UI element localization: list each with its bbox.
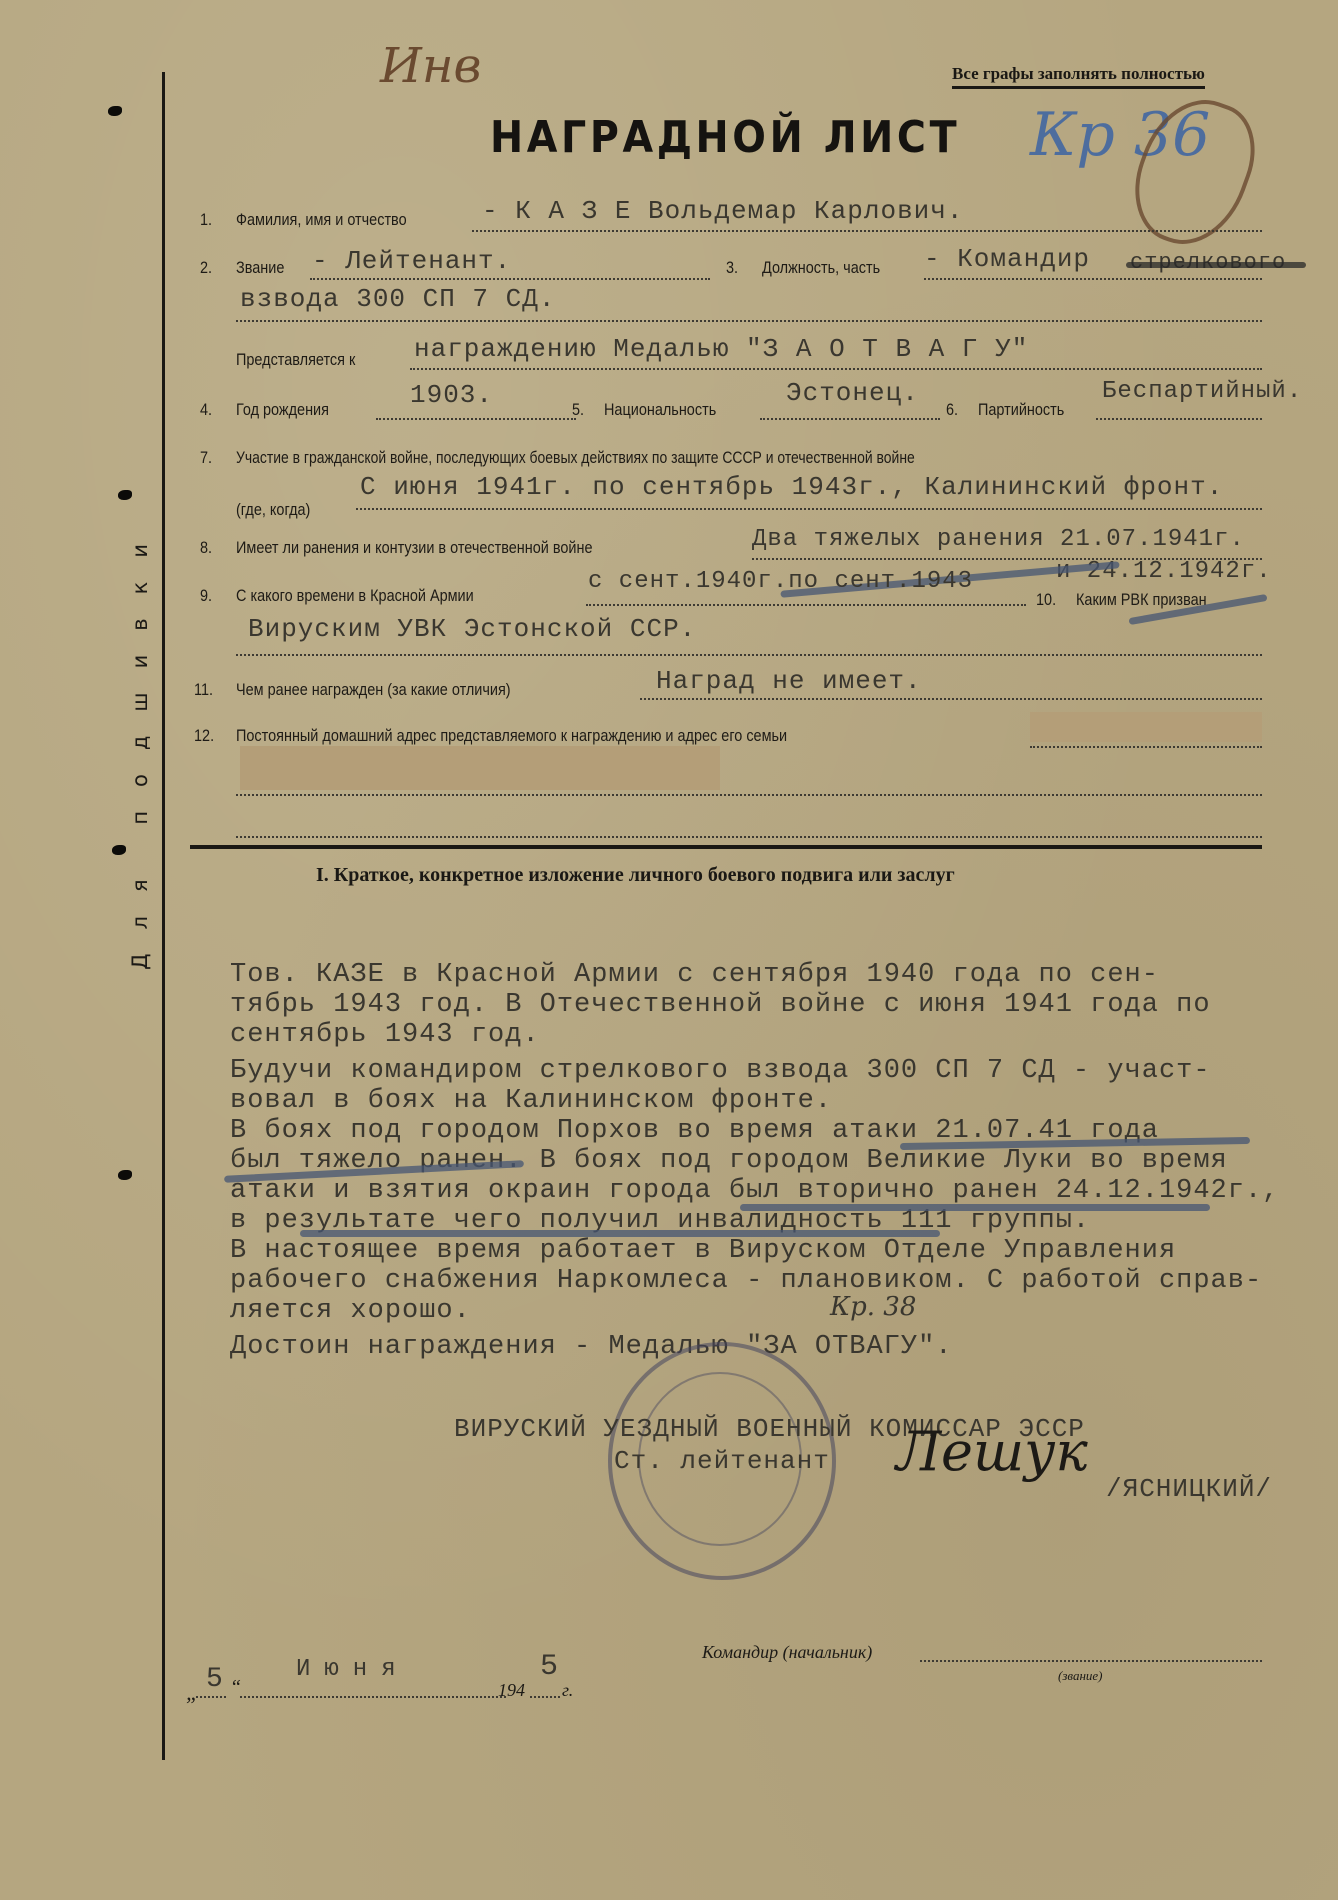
field-1-number: 1. [200, 210, 212, 230]
field-11-label: Чем ранее награжден (за какие отличия) [236, 680, 511, 700]
narrative-line: рабочего снабжения Наркомлеса - плановик… [230, 1266, 1262, 1296]
narrative-line: Достоин награждения - Медалью "ЗА ОТВАГУ… [230, 1332, 953, 1362]
field-9-label: С какого времени в Красной Армии [236, 586, 474, 606]
date-day-line [196, 1696, 226, 1698]
field-2-line [310, 278, 710, 280]
section-1-title: I. Краткое, конкретное изложение личного… [316, 864, 955, 887]
date-year-suffix: 5 [540, 1650, 559, 1684]
field-12-label: Постоянный домашний адрес представляемог… [236, 726, 787, 746]
field-4-value: 1903. [410, 380, 493, 410]
field-2-number: 2. [200, 258, 212, 278]
field-8-number: 8. [200, 538, 212, 558]
field-12-line-2 [236, 794, 1262, 796]
date-open-quote: „ [186, 1680, 198, 1706]
field-6-label: Партийность [978, 400, 1064, 420]
field-12-number: 12. [194, 726, 214, 746]
section-divider [190, 845, 1262, 849]
field-2-value: - Лейтенант. [312, 246, 511, 276]
field-5-line [760, 418, 940, 420]
field-5-value: Эстонец. [786, 378, 919, 408]
signatory-rank: Ст. лейтенант [614, 1446, 830, 1476]
field-1-line [472, 230, 1262, 232]
field-4-number: 4. [200, 400, 212, 420]
field-3-number: 3. [726, 258, 738, 278]
field-11-line [640, 698, 1262, 700]
field-12-line [1030, 746, 1262, 748]
field-8-value-continued: и 24.12.1942г. [1056, 558, 1272, 585]
punch-hole-icon [118, 1170, 132, 1180]
narrative-line: В настоящее время работает в Вируском От… [230, 1236, 1176, 1266]
narrative-line: тябрь 1943 год. В Отечественной войне с … [230, 990, 1211, 1020]
field-7-label: Участие в гражданской войне, последующих… [236, 448, 915, 468]
punch-hole-icon [108, 106, 122, 116]
field-5-number: 5. [572, 400, 584, 420]
commander-line [920, 1660, 1262, 1662]
field-7-value: С июня 1941г. по сентябрь 1943г., Калини… [360, 472, 1223, 502]
fill-all-notice: Все графы заполнять полностью [952, 64, 1205, 89]
nominated-line [410, 368, 1262, 370]
page-title: НАГРАДНОЙ ЛИСТ [490, 112, 960, 163]
field-3-value-continued: взвода 300 СП 7 СД. [240, 284, 555, 314]
redacted-address [240, 746, 720, 790]
field-11-number: 11. [194, 680, 213, 700]
field-1-label: Фамилия, имя и отчество [236, 210, 407, 230]
narrative-line: ляется хорошо. [230, 1296, 471, 1326]
field-7-line [356, 508, 1262, 510]
punch-hole-icon [118, 490, 132, 500]
field-1-value: - К А З Е Вольдемар Карлович. [482, 196, 963, 226]
field-10-value: Вируским УВК Эстонской ССР. [248, 614, 696, 644]
date-year-unit: г. [562, 1680, 573, 1701]
rank-caption: (звание) [1058, 1668, 1103, 1684]
date-month-line [240, 1696, 506, 1698]
field-4-label: Год рождения [236, 400, 329, 420]
commander-label: Командир (начальник) [702, 1642, 872, 1663]
field-6-line [1096, 418, 1262, 420]
narrative-line: Будучи командиром стрелкового взвода 300… [230, 1056, 1211, 1086]
field-3-value: - Командир [924, 244, 1090, 274]
field-9-value: с сент.1940г.по сент.1943 [588, 568, 973, 595]
narrative-line: атаки и взятия окраин города был вторичн… [230, 1176, 1279, 1206]
field-9-line [586, 604, 1026, 606]
field-3-label: Должность, часть [762, 258, 880, 278]
field-12-line-3 [236, 836, 1262, 838]
date-day: 5 [206, 1664, 224, 1695]
field-2-label: Звание [236, 258, 284, 278]
narrative-line: вовал в боях на Калининском фронте. [230, 1086, 832, 1116]
blue-pencil-mark [300, 1230, 940, 1237]
field-6-value: Беспартийный. [1102, 378, 1302, 405]
field-3-line-2 [236, 320, 1262, 322]
field-4-line [376, 418, 576, 420]
field-10-line [236, 654, 1262, 656]
nominated-value: награждению Медалью "З А О Т В А Г У" [414, 334, 1028, 364]
narrative-line: сентябрь 1943 год. [230, 1020, 540, 1050]
strikethrough [1126, 262, 1306, 268]
field-8-label: Имеет ли ранения и контузии в отечествен… [236, 538, 593, 558]
date-year-line [530, 1696, 560, 1698]
handwritten-inv-note: Инв [380, 38, 481, 94]
signatory-name: /ЯСНИЦКИЙ/ [1106, 1474, 1272, 1504]
binding-margin-line [162, 72, 165, 1760]
punch-hole-icon [112, 845, 126, 855]
field-10-number: 10. [1036, 590, 1056, 610]
field-9-number: 9. [200, 586, 212, 606]
field-5-label: Национальность [604, 400, 716, 420]
date-year-prefix: 194 [498, 1680, 525, 1701]
blue-pencil-mark [740, 1204, 1210, 1211]
redacted-address [1030, 712, 1262, 742]
field-7-label-2: (где, когда) [236, 500, 310, 520]
nominated-label: Представляется к [236, 350, 355, 370]
field-11-value: Наград не имеет. [656, 666, 922, 696]
field-6-number: 6. [946, 400, 958, 420]
field-7-number: 7. [200, 448, 212, 468]
binding-margin-label: Для подшивки [128, 520, 152, 970]
signature-scribble: Лешук [896, 1420, 1088, 1483]
field-8-value: Два тяжелых ранения 21.07.1941г. [752, 526, 1245, 553]
date-month: Июня [296, 1656, 410, 1683]
handwritten-note: Кр. 38 [830, 1292, 916, 1322]
field-3-line [924, 278, 1262, 280]
narrative-line: Тов. КАЗЕ в Красной Армии с сентября 194… [230, 960, 1159, 990]
